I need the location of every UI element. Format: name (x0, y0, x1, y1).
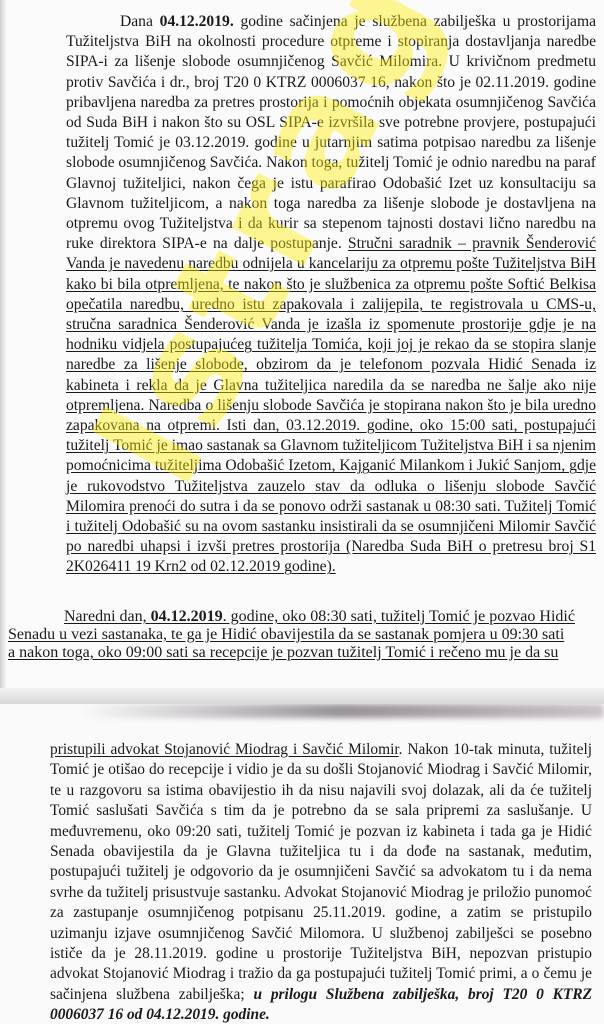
scan-edge-shadow (0, 0, 6, 688)
paragraph-2: Naredni dan, 04.12.2019. godine, oko 08:… (8, 608, 604, 662)
paragraph-2-line-3: a nakon toga, oko 09:00 sati sa recepcij… (8, 644, 604, 662)
paragraph-lead-date: 04.12.2019. (160, 13, 234, 30)
paragraph-2-line-1: Naredni dan, 04.12.2019. godine, oko 08:… (8, 608, 604, 626)
paragraph-underlined-text: Stručni saradnik – pravnik Šenderović Va… (66, 235, 596, 575)
paragraph-lead: Dana (120, 13, 153, 30)
paragraph-3: pristupili advokat Stojanović Miodrag i … (50, 740, 592, 1024)
paragraph-1: Dana 04.12.2019. godine sačinjena je slu… (66, 6, 596, 578)
paragraph-3-underlined-start: pristupili advokat Stojanović Miodrag i … (50, 741, 399, 758)
paragraph-2-line-2: Senadu u vezi sastanaka, te ga je Hidić … (8, 626, 604, 644)
paragraph-text: godine sačinjena je službena zabilješka … (66, 13, 596, 252)
page-gap (0, 688, 604, 704)
document-page-1: Dana 04.12.2019. godine sačinjena je slu… (0, 0, 604, 688)
document-page-2: pristupili advokat Stojanović Miodrag i … (0, 704, 604, 1024)
paragraph-3-text: . Nakon 10-tak minuta, tužitelj Tomić je… (50, 741, 592, 1003)
